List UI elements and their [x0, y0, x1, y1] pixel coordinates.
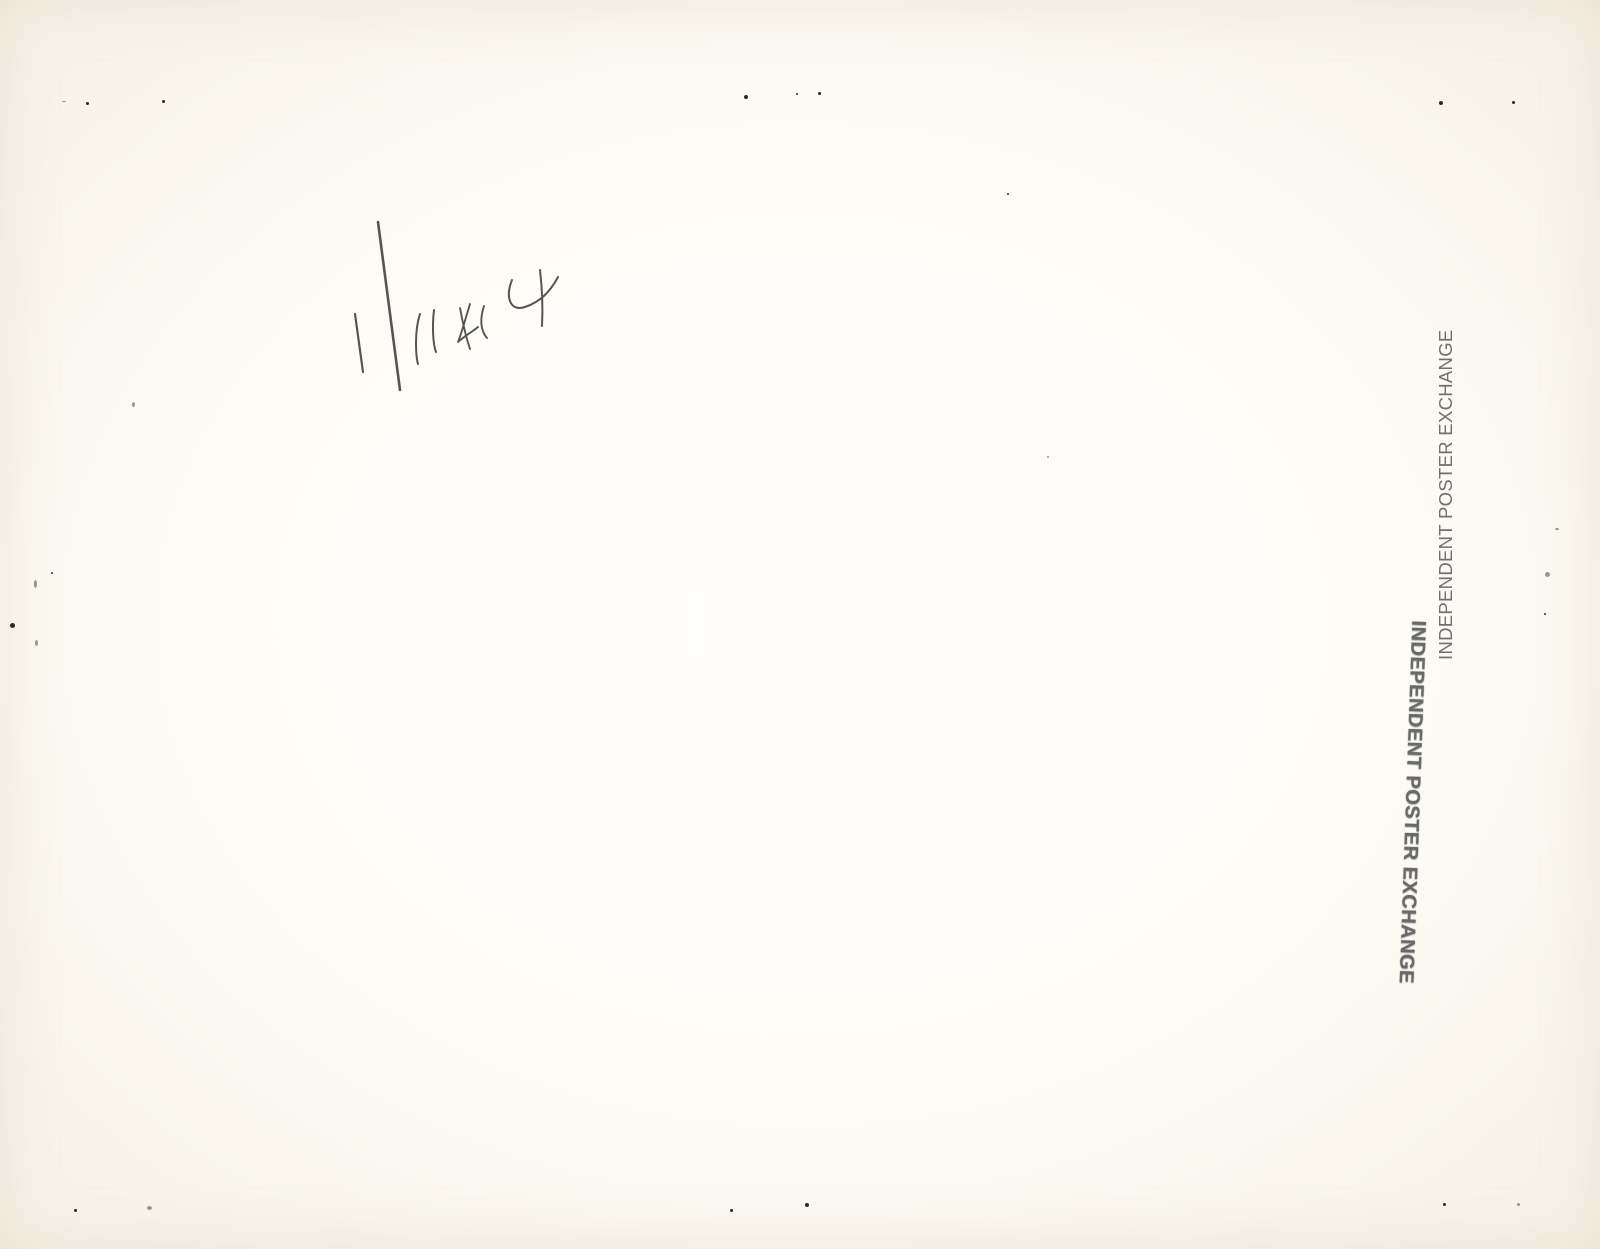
- speck: [10, 623, 15, 628]
- speck: [86, 102, 89, 105]
- speck: [1439, 101, 1443, 105]
- speck: [74, 1209, 77, 1212]
- speck: [132, 402, 135, 407]
- speck: [818, 92, 821, 95]
- speck: [34, 580, 37, 588]
- speck: [1517, 1203, 1520, 1206]
- speck: [1545, 572, 1550, 577]
- speck: [147, 1206, 152, 1210]
- photo-back-paper: Independent Poster Exchange Independent …: [0, 0, 1600, 1249]
- speck: [1007, 193, 1009, 195]
- speck: [744, 95, 748, 99]
- speck: [1544, 613, 1546, 615]
- speck: [1047, 456, 1049, 458]
- speck: [1443, 1203, 1446, 1206]
- speck: [51, 572, 53, 574]
- speck: [162, 100, 165, 103]
- speck: [35, 640, 38, 646]
- speck: [62, 101, 66, 102]
- speck: [796, 93, 798, 95]
- stamp-independent-poster-exchange-inverted: Independent Poster Exchange: [1394, 620, 1430, 984]
- speck: [1512, 101, 1515, 104]
- speck: [730, 1209, 733, 1212]
- stamp-independent-poster-exchange: Independent Poster Exchange: [1435, 329, 1457, 660]
- speck: [805, 1203, 809, 1207]
- handwritten-note: [350, 222, 580, 397]
- speck: [1555, 528, 1559, 530]
